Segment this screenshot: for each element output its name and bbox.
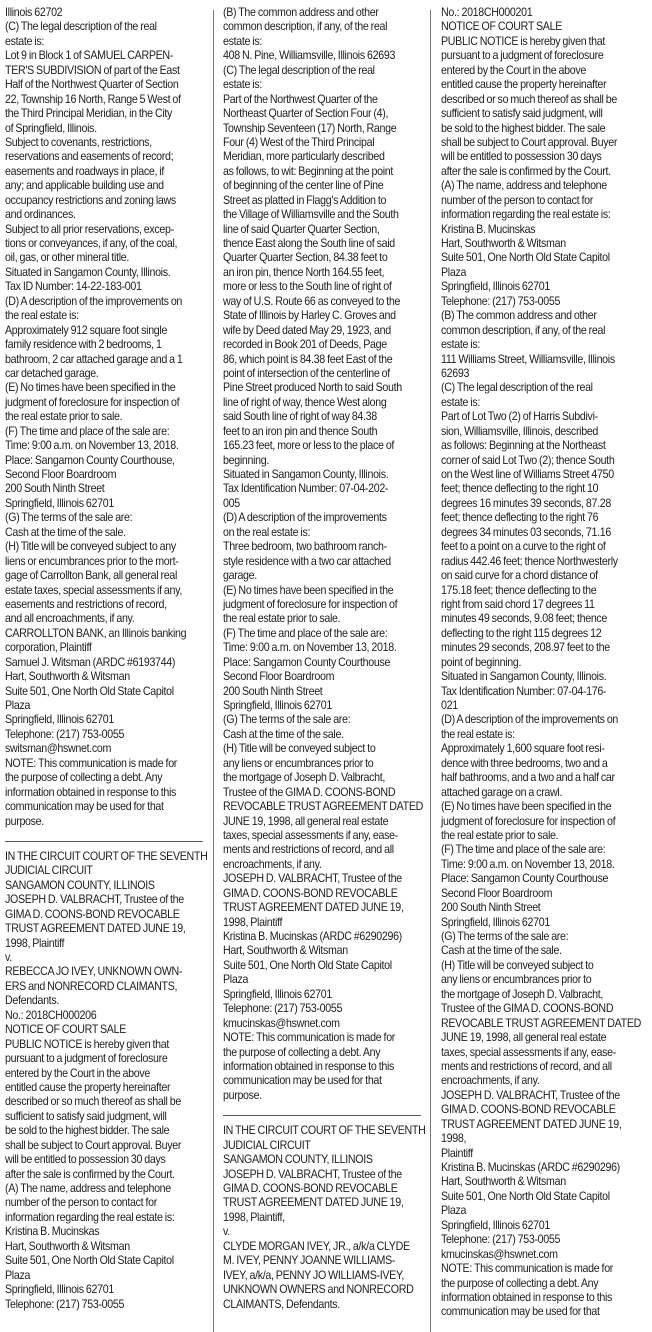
notice-line: TRUST AGREEMENT DATED JUNE 19, [223, 1196, 427, 1210]
notice-line: 021 [441, 699, 645, 713]
notice-line: information obtained in response to this [5, 786, 209, 800]
notice-line: Plaza [441, 266, 645, 280]
notice-line: 1998, [441, 1132, 645, 1146]
notice-line: any liens or encumbrances prior to [441, 973, 645, 987]
notice-line: (F) The time and place of the sale are: [5, 425, 209, 439]
notice-line: tions or conveyances, if any, of the coa… [5, 237, 209, 251]
notice-line: Subject to covenants, restrictions, [5, 136, 209, 150]
notice-line: (A) The name, address and telephone [441, 179, 645, 193]
notice-line: purpose. [223, 1089, 427, 1103]
notice-line: 408 N. Pine, Williamsville, Illinois 626… [223, 49, 427, 63]
notice-line: CLYDE MORGAN IVEY, JR., a/k/a CLYDE [223, 1240, 427, 1254]
notice-line: Plaza [441, 1204, 645, 1218]
notice-line: 200 South Ninth Street [441, 901, 645, 915]
notice-line: JUDICIAL CIRCUIT [223, 1139, 427, 1153]
notice-line: Northeast Quarter of Section Four (4), [223, 107, 427, 121]
notice-line: corporation, Plaintiff [5, 641, 209, 655]
notice-line: Springfield, Illinois 62701 [5, 497, 209, 511]
notice-line: Street as platted in Flagg's Addition to [223, 194, 427, 208]
notice-line: REVOCABLE TRUST AGREEMENT DATED [223, 800, 427, 814]
notice-line: and all encroachments, if any. [5, 612, 209, 626]
notice-line: shall be subject to Court approval. Buye… [5, 1139, 209, 1153]
notice-line: Kristina B. Mucinskas [441, 223, 645, 237]
notice-line: will be entitled to possession 30 days [441, 150, 645, 164]
notice-line: Defendants. [5, 994, 209, 1008]
column-2: (B) The common address and othercommon d… [223, 6, 427, 1312]
notice-line: CLAIMANTS, Defendants. [223, 1298, 427, 1312]
notice-line: the real estate is: [441, 728, 645, 742]
notice-line: Springfield, Illinois 62701 [5, 1283, 209, 1297]
notice-line: oil, gas, or other mineral title. [5, 251, 209, 265]
notice-line: entitled cause the property hereinafter [5, 1081, 209, 1095]
notice-line: estate taxes, special assessments if any… [5, 584, 209, 598]
notice-line: (C) The legal description of the real [223, 64, 427, 78]
notice-line: Trustee of the GIMA D. COONS-BOND [223, 786, 427, 800]
notice-line: the real estate prior to sale. [5, 410, 209, 424]
notice-line: 1998, Plaintiff, [223, 1211, 427, 1225]
notice-line: Approximately 1,600 square foot resi- [441, 742, 645, 756]
notice-line: an iron pin, thence North 164.55 feet, [223, 266, 427, 280]
notice-line: communication may be used for that [5, 800, 209, 814]
notice-line: communication may be used for that [223, 1074, 427, 1088]
notice-line: (D) A description of the improvements [223, 511, 427, 525]
notice-line: the mortgage of Joseph D. Valbracht, [223, 771, 427, 785]
notice-line: Telephone: (217) 753-0055 [5, 1298, 209, 1312]
notice-line: any liens or encumbrances prior to [223, 757, 427, 771]
notice-line: Place: Sangamon County Courthouse [441, 872, 645, 886]
notice-line: Approximately 912 square foot single [5, 324, 209, 338]
notice-line: Second Floor Boardroom [5, 468, 209, 482]
notice-line: the purpose of collecting a debt. Any [223, 1046, 427, 1060]
notice-line: UNKNOWN OWNERS and NONRECORD [223, 1283, 427, 1297]
notice-line: REBECCA JO IVEY, UNKNOWN OWN- [5, 965, 209, 979]
notice-line: sufficient to satisfy said judgment, wil… [441, 107, 645, 121]
notice-line: (C) The legal description of the real [5, 20, 209, 34]
notice-line: (A) The name, address and telephone [5, 1182, 209, 1196]
notice-line: bathroom, 2 car attached garage and a 1 [5, 353, 209, 367]
notice-line: IN THE CIRCUIT COURT OF THE SEVENTH [5, 850, 209, 864]
notice-line: will be entitled to possession 30 days [5, 1153, 209, 1167]
notice-line: and ordinances. [5, 208, 209, 222]
notice-line: Situated in Sangamon County, Illinois. [441, 670, 645, 684]
column-divider-2 [430, 10, 431, 1332]
notice-line: (E) No times have been specified in the [441, 800, 645, 814]
notice-line: Second Floor Boardroom [441, 887, 645, 901]
notice-line: Situated in Sangamon County, Illinois. [223, 468, 427, 482]
notice-line: corner of said Lot Two (2); thence South [441, 454, 645, 468]
notice-line: after the sale is confirmed by the Court… [441, 165, 645, 179]
notice-line: sion, Williamsville, Illinois, described [441, 425, 645, 439]
notice-line: GIMA D. COONS-BOND REVOCABLE [223, 887, 427, 901]
notice-line: be sold to the highest bidder. The sale [441, 122, 645, 136]
notice-line: Suite 501, One North Old State Capitol [5, 685, 209, 699]
notice-line: (C) The legal description of the real [441, 381, 645, 395]
notice-line: point of beginning. [441, 656, 645, 670]
notice-line: ERS and NONRECORD CLAIMANTS, [5, 980, 209, 994]
notice-line: (F) The time and place of the sale are: [223, 627, 427, 641]
notice-line: way of U.S. Route 66 as conveyed to the [223, 295, 427, 309]
notice-line: Telephone: (217) 753-0055 [5, 728, 209, 742]
notice-line: gage of Carrollton Bank, all general rea… [5, 569, 209, 583]
notice-line: Trustee of the GIMA D. COONS-BOND [441, 1002, 645, 1016]
notice-line: JUDICIAL CIRCUIT [5, 864, 209, 878]
notice-line: No.: 2018CH000206 [5, 1009, 209, 1023]
notice-line: CARROLLTON BANK, an Illinois banking [5, 627, 209, 641]
notice-line: sufficient to satisfy said judgment, wil… [5, 1110, 209, 1124]
notice-line: 1998, Plaintiff [223, 916, 427, 930]
notice-line: information regarding the real estate is… [441, 208, 645, 222]
notice-line: pursuant to a judgment of foreclosure [441, 49, 645, 63]
notice-line: entered by the Court in the above [5, 1067, 209, 1081]
column-1: Illinois 62702(C) The legal description … [5, 6, 209, 1312]
notice-line: JOSEPH D. VALBRACHT, Trustee of the [441, 1089, 645, 1103]
notice-line: information obtained in response to this [441, 1291, 645, 1305]
notice-line: (E) No times have been specified in the [223, 584, 427, 598]
notice-line: Quarter Quarter Section, 84.38 feet to [223, 251, 427, 265]
notice-line: the real estate is: [5, 309, 209, 323]
notice-line: beginning. [223, 454, 427, 468]
notice-line: estate is: [441, 338, 645, 352]
notice-line: degrees 34 minutes 03 seconds, 71.16 [441, 526, 645, 540]
notice-line: any; and applicable building use and [5, 179, 209, 193]
notice-line: Plaza [223, 973, 427, 987]
notice-line: Four (4) West of the Third Principal [223, 136, 427, 150]
notice-line: 86, which point is 84.38 feet East of th… [223, 353, 427, 367]
notice-line: NOTICE OF COURT SALE [5, 1023, 209, 1037]
notice-line: PUBLIC NOTICE is hereby given that [441, 35, 645, 49]
notice-line: (H) Title will be conveyed subject to an… [5, 540, 209, 554]
notice-line: purpose. [5, 815, 209, 829]
notice-line: be sold to the highest bidder. The sale [5, 1124, 209, 1138]
notice-line: JOSEPH D. VALBRACHT, Trustee of the [5, 893, 209, 907]
notice-line: the Third Principal Meridian, in the Cit… [5, 107, 209, 121]
notice-line: Telephone: (217) 753-0055 [441, 1233, 645, 1247]
notice-line: dence with three bedrooms, two and a [441, 757, 645, 771]
notice-line: Three bedroom, two bathroom ranch- [223, 540, 427, 554]
notice-line: Springfield, Illinois 62701 [441, 280, 645, 294]
notice-line: (B) The common address and other [441, 309, 645, 323]
notice-line: Situated in Sangamon County, Illinois. [5, 266, 209, 280]
notice-line: 1998, Plaintiff [5, 937, 209, 951]
notice-line: (G) The terms of the sale are: [441, 930, 645, 944]
notice-line: 22, Township 16 North, Range 5 West of [5, 93, 209, 107]
notice-line: SANGAMON COUNTY, ILLINOIS [223, 1153, 427, 1167]
notice-line: Plaza [5, 699, 209, 713]
notice-line: ments and restrictions of record, and al… [441, 1060, 645, 1074]
notice-line: judgment of foreclosure for inspection o… [223, 598, 427, 612]
notice-line: (H) Title will be conveyed subject to [223, 742, 427, 756]
notice-line: Time: 9:00 a.m. on November 13, 2018. [223, 641, 427, 655]
notice-line: (F) The time and place of the sale are: [441, 843, 645, 857]
notice-line: half bathrooms, and a two and a half car [441, 771, 645, 785]
notice-line: TRUST AGREEMENT DATED JUNE 19, [5, 922, 209, 936]
notice-separator-rule [5, 841, 203, 842]
notice-line: radius 442.46 feet; thence Northwesterly [441, 555, 645, 569]
notice-line: M. IVEY, PENNY JOANNE WILLIAMS- [223, 1254, 427, 1268]
notice-line: wife by Deed dated May 29, 1923, and [223, 324, 427, 338]
notice-line: JUNE 19, 1998, all general real estate [223, 815, 427, 829]
notice-line: Tax Identification Number: 07-04-202- [223, 482, 427, 496]
notice-line: the real estate prior to sale. [223, 612, 427, 626]
notice-line: more or less to the South line of right … [223, 280, 427, 294]
notice-line: number of the person to contact for [441, 194, 645, 208]
notice-line: feet to an iron pin and thence South [223, 425, 427, 439]
notice-separator-rule [223, 1115, 421, 1116]
notice-line: PUBLIC NOTICE is hereby given that [5, 1038, 209, 1052]
notice-line: common description, if any, of the real [223, 20, 427, 34]
notice-line: State of Illinois by Harley C. Groves an… [223, 309, 427, 323]
notice-line: Subject to all prior reservations, excep… [5, 223, 209, 237]
notice-line: Township Seventeen (17) North, Range [223, 122, 427, 136]
notice-line: line of said Quarter Quarter Section, [223, 223, 427, 237]
column-divider-1 [213, 10, 214, 1332]
notice-line: Suite 501, One North Old State Capitol [223, 959, 427, 973]
notice-line: switsman@hswnet.com [5, 742, 209, 756]
notice-line: encroachments, if any. [223, 858, 427, 872]
notice-line: estate is: [223, 78, 427, 92]
spacer [223, 1103, 427, 1109]
notice-line: Hart, Southworth & Witsman [441, 1175, 645, 1189]
notice-line: right from said chord 17 degrees 11 [441, 598, 645, 612]
notice-line: after the sale is confirmed by the Court… [5, 1168, 209, 1182]
notice-line: the purpose of collecting a debt. Any [5, 771, 209, 785]
notice-line: Tax Identification Number: 07-04-176- [441, 685, 645, 699]
notice-line: Suite 501, One North Old State Capitol [441, 1190, 645, 1204]
notice-line: NOTICE OF COURT SALE [441, 20, 645, 34]
notice-line: 200 South Ninth Street [5, 482, 209, 496]
notice-line: Suite 501, One North Old State Capitol [441, 251, 645, 265]
notice-line: encroachments, if any. [441, 1074, 645, 1088]
notice-line: Samuel J. Witsman (ARDC #6193744) [5, 656, 209, 670]
notice-line: point of intersection of the centerline … [223, 367, 427, 381]
notice-line: v. [5, 951, 209, 965]
notice-line: (G) The terms of the sale are: [5, 511, 209, 525]
notice-line: the Village of Williamsville and the Sou… [223, 208, 427, 222]
notice-line: NOTE: This communication is made for [5, 757, 209, 771]
notice-line: (D) A description of the improvements on [441, 713, 645, 727]
notice-line: 175.18 feet; thence deflecting to the [441, 584, 645, 598]
notice-line: Time: 9:00 a.m. on November 13, 2018. [5, 439, 209, 453]
notice-line: Springfield, Illinois 62701 [441, 916, 645, 930]
notice-line: judgment of foreclosure for inspection o… [441, 815, 645, 829]
notice-line: said South line of right of way 84.38 [223, 410, 427, 424]
notice-line: deflecting to the right 115 degrees 12 [441, 627, 645, 641]
notice-line: (H) Title will be conveyed subject to [441, 959, 645, 973]
column-3: No.: 2018CH000201NOTICE OF COURT SALEPUB… [441, 6, 645, 1320]
notice-line: Plaza [5, 1269, 209, 1283]
notice-line: taxes, special assessments if any, ease- [441, 1046, 645, 1060]
notice-line: JOSEPH D. VALBRACHT, Trustee of the [223, 872, 427, 886]
notice-line: shall be subject to Court approval. Buye… [441, 136, 645, 150]
notice-line: Springfield, Illinois 62701 [5, 713, 209, 727]
notice-line: Plaintiff [441, 1147, 645, 1161]
notice-line: as follows: Beginning at the Northeast [441, 439, 645, 453]
notice-line: number of the person to contact for [5, 1196, 209, 1210]
notice-line: Pine Street produced North to said South [223, 381, 427, 395]
notice-line: liens or encumbrances prior to the mort- [5, 555, 209, 569]
notice-line: Springfield, Illinois 62701 [223, 699, 427, 713]
notice-line: entitled cause the property hereinafter [441, 78, 645, 92]
notice-line: Tax ID Number: 14-22-183-001 [5, 280, 209, 294]
notice-line: Telephone: (217) 753-0055 [441, 295, 645, 309]
notice-line: ments and restrictions of record, and al… [223, 843, 427, 857]
notice-line: TRUST AGREEMENT DATED JUNE 19, [441, 1118, 645, 1132]
notice-line: garage. [223, 569, 427, 583]
notice-line: 62693 [441, 367, 645, 381]
notice-line: GIMA D. COONS-BOND REVOCABLE [223, 1182, 427, 1196]
notice-line: feet; thence deflecting to the right 76 [441, 511, 645, 525]
notice-line: IVEY, a/k/a, PENNY JO WILLIAMS-IVEY, [223, 1269, 427, 1283]
notice-line: estate is: [223, 35, 427, 49]
notice-line: Kristina B. Mucinskas (ARDC #6290296) [223, 930, 427, 944]
notice-line: Place: Sangamon County Courthouse [223, 656, 427, 670]
notice-line: (B) The common address and other [223, 6, 427, 20]
notice-line: Lot 9 in Block 1 of SAMUEL CARPEN- [5, 49, 209, 63]
notice-line: Place: Sangamon County Courthouse, [5, 454, 209, 468]
notice-line: described or so much thereof as shall be [5, 1095, 209, 1109]
notice-line: car detached garage. [5, 367, 209, 381]
notice-line: TER'S SUBDIVISION of part of the East [5, 64, 209, 78]
notice-line: family residence with 2 bedrooms, 1 [5, 338, 209, 352]
notice-line: as follows, to wit: Beginning at the poi… [223, 165, 427, 179]
notice-line: Kristina B. Mucinskas (ARDC #6290296) [441, 1161, 645, 1175]
notice-line: information regarding the real estate is… [5, 1211, 209, 1225]
notice-line: style residence with a two car attached [223, 555, 427, 569]
notice-line: easements and roadways in place, if [5, 165, 209, 179]
notice-line: (E) No times have been specified in the [5, 381, 209, 395]
notice-line: estate is: [5, 35, 209, 49]
notice-line: described or so much thereof as shall be [441, 93, 645, 107]
notice-line: on the West line of Williams Street 4750 [441, 468, 645, 482]
notice-line: Half of the Northwest Quarter of Section [5, 78, 209, 92]
notice-line: judgment of foreclosure for inspection o… [5, 396, 209, 410]
notice-line: Suite 501, One North Old State Capitol [5, 1254, 209, 1268]
notice-line: 165.23 feet, more or less to the place o… [223, 439, 427, 453]
notice-line: feet; thence deflecting to the right 10 [441, 482, 645, 496]
notice-line: recorded in Book 201 of Deeds, Page [223, 338, 427, 352]
notice-line: Part of Lot Two (2) of Harris Subdivi- [441, 410, 645, 424]
notice-line: Hart, Southworth & Witsman [5, 670, 209, 684]
notice-line: Springfield, Illinois 62701 [223, 988, 427, 1002]
notice-line: occupancy restrictions and zoning laws [5, 194, 209, 208]
notice-line: common description, if any, of the real [441, 324, 645, 338]
notice-line: the mortgage of Joseph D. Valbracht, [441, 988, 645, 1002]
notice-line: minutes 49 seconds, 9.08 feet; thence [441, 612, 645, 626]
notice-line: Second Floor Boardroom [223, 670, 427, 684]
notice-line: TRUST AGREEMENT DATED JUNE 19, [223, 901, 427, 915]
notice-line: v. [223, 1225, 427, 1239]
notice-line: GIMA D. COONS-BOND REVOCABLE [5, 908, 209, 922]
notice-line: degrees 16 minutes 39 seconds, 87.28 [441, 497, 645, 511]
notice-line: Springfield, Illinois 62701 [441, 1219, 645, 1233]
legal-notices-page: Illinois 62702(C) The legal description … [0, 0, 652, 1332]
notice-line: line of right of way, thence West along [223, 396, 427, 410]
notice-line: REVOCABLE TRUST AGREEMENT DATED [441, 1017, 645, 1031]
notice-line: (D) A description of the improvements on [5, 295, 209, 309]
notice-line: of Springfield, Illinois. [5, 122, 209, 136]
notice-line: No.: 2018CH000201 [441, 6, 645, 20]
notice-line: attached garage on a crawl. [441, 786, 645, 800]
notice-line: kmucinskas@hswnet.com [223, 1017, 427, 1031]
notice-line: the real estate prior to sale. [441, 829, 645, 843]
notice-line: easements and restrictions of record, [5, 598, 209, 612]
notice-line: reservations and easements of record; [5, 150, 209, 164]
notice-line: communication may be used for that [441, 1305, 645, 1319]
notice-line: Illinois 62702 [5, 6, 209, 20]
notice-line: kmucinskas@hswnet.com [441, 1248, 645, 1262]
notice-line: Meridian, more particularly described [223, 150, 427, 164]
notice-line: of beginning of the center line of Pine [223, 179, 427, 193]
notice-line: thence East along the South line of said [223, 237, 427, 251]
notice-line: entered by the Court in the above [441, 64, 645, 78]
notice-line: 200 South Ninth Street [223, 685, 427, 699]
notice-line: Hart, Southworth & Witsman [223, 944, 427, 958]
notice-line: JOSEPH D. VALBRACHT, Trustee of the [223, 1168, 427, 1182]
notice-line: information obtained in response to this [223, 1060, 427, 1074]
notice-line: 005 [223, 497, 427, 511]
notice-line: feet to a point on a curve to the right … [441, 540, 645, 554]
notice-line: Cash at the time of the sale. [223, 728, 427, 742]
notice-line: Hart, Southworth & Witsman [441, 237, 645, 251]
notice-line: Part of the Northwest Quarter of the [223, 93, 427, 107]
notice-line: (G) The terms of the sale are: [223, 713, 427, 727]
notice-line: Time: 9:00 a.m. on November 13, 2018. [441, 858, 645, 872]
notice-line: JUNE 19, 1998, all general real estate [441, 1031, 645, 1045]
notice-line: 111 Williams Street, Williamsville, Illi… [441, 353, 645, 367]
notice-line: pursuant to a judgment of foreclosure [5, 1052, 209, 1066]
notice-line: on the real estate is: [223, 526, 427, 540]
notice-line: on said curve for a chord distance of [441, 569, 645, 583]
notice-line: estate is: [441, 396, 645, 410]
notice-line: the purpose of collecting a debt. Any [441, 1277, 645, 1291]
notice-line: Kristina B. Mucinskas [5, 1225, 209, 1239]
notice-line: IN THE CIRCUIT COURT OF THE SEVENTH [223, 1124, 427, 1138]
notice-line: Hart, Southworth & Witsman [5, 1240, 209, 1254]
notice-line: SANGAMON COUNTY, ILLINOIS [5, 879, 209, 893]
notice-line: NOTE: This communication is made for [223, 1031, 427, 1045]
notice-line: Cash at the time of the sale. [5, 526, 209, 540]
notice-line: NOTE: This communication is made for [441, 1262, 645, 1276]
notice-line: taxes, special assessments if any, ease- [223, 829, 427, 843]
notice-line: GIMA D. COONS-BOND REVOCABLE [441, 1103, 645, 1117]
spacer [5, 829, 209, 835]
notice-line: minutes 29 seconds, 208.97 feet to the [441, 641, 645, 655]
notice-line: Telephone: (217) 753-0055 [223, 1002, 427, 1016]
notice-line: Cash at the time of the sale. [441, 944, 645, 958]
